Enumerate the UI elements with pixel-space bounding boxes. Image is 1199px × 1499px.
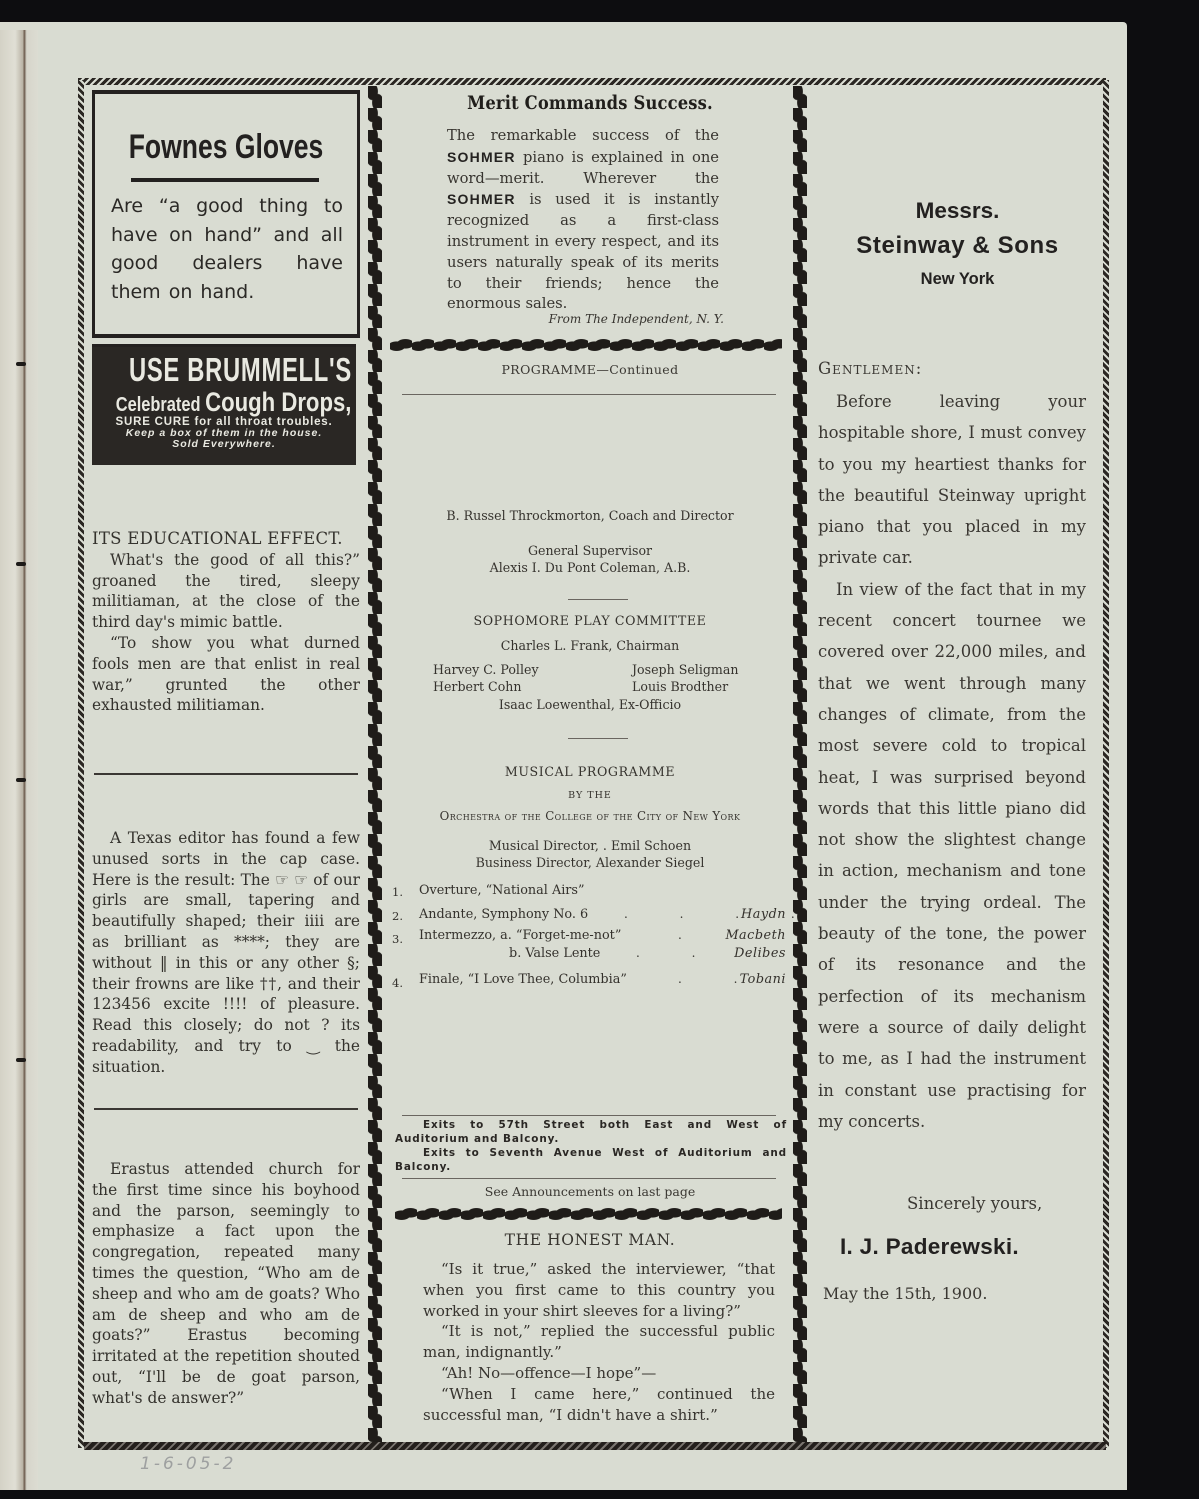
- exit-note: Exits to Seventh Avenue West of Auditori…: [395, 1146, 787, 1174]
- article-paragraph: “Is it true,” asked the interviewer, “th…: [423, 1259, 775, 1321]
- addressee-line-1: Messrs.: [815, 198, 1100, 224]
- item-title: Finale, “I Love Thee, Columbia”: [419, 972, 627, 987]
- programme-item: 4. Finale, “I Love Thee, Columbia” . . T…: [392, 972, 788, 990]
- article-paragraph: “It is not,” replied the successful publ…: [423, 1321, 775, 1363]
- by-the-label: BY THE: [390, 787, 790, 804]
- texas-editor-article: A Texas editor has found a few unused so…: [92, 828, 360, 1078]
- right-column-steinway-letter: Messrs. Steinway & Sons New York Gentlem…: [815, 88, 1100, 1444]
- frame-top-border: [78, 78, 1106, 85]
- item-title: Andante, Symphony No. 6: [419, 907, 588, 922]
- ad-body: Are “a good thing to have on hand” and a…: [111, 192, 343, 306]
- article-paragraph: A Texas editor has found a few unused so…: [92, 828, 360, 1078]
- addressee-line-3: New York: [815, 270, 1100, 289]
- staple-mark: [16, 362, 26, 366]
- wavy-section-divider: [395, 1208, 782, 1220]
- ad-text: is used it is instantly recognized as a …: [447, 191, 719, 312]
- announcements-note: See Announcements on last page: [390, 1184, 790, 1199]
- sohmer-brand: SOHMER: [447, 149, 516, 165]
- erastus-article: Erastus attended church for the first ti…: [92, 1159, 360, 1409]
- item-title: b. Valse Lente: [509, 946, 600, 961]
- wavy-column-separator-right: [793, 86, 807, 1442]
- staple-mark: [16, 778, 26, 782]
- ad-subheadline-small: Celebrated: [116, 394, 201, 416]
- ad-source-credit: From The Independent, N. Y.: [549, 312, 724, 326]
- programme-item: 3. Intermezzo, a. “Forget-me-not” . . Ma…: [392, 928, 788, 946]
- wavy-section-divider: [390, 339, 782, 351]
- middle-column: Merit Commands Success. The remarkable s…: [390, 88, 790, 1444]
- article-divider: [94, 1108, 358, 1110]
- item-number: 4.: [392, 976, 403, 990]
- frame-left-border: [78, 80, 84, 1448]
- item-number: 3.: [392, 932, 403, 946]
- article-divider: [94, 773, 358, 775]
- wavy-column-separator-left: [368, 86, 382, 1442]
- ad-text: The remarkable success of the: [447, 127, 719, 144]
- committee-member: Harvey C. Polley: [433, 661, 539, 679]
- committee-chairman: Charles L. Frank, Chairman: [390, 637, 790, 654]
- ad-subheadline-big: Cough Drops,: [205, 387, 351, 417]
- supervisor-name: Alexis I. Du Pont Coleman, A.B.: [390, 559, 790, 576]
- honest-man-article: “Is it true,” asked the interviewer, “th…: [423, 1259, 775, 1425]
- sohmer-ad-body: The remarkable success of the SOHMER pia…: [447, 126, 719, 315]
- item-composer: Macbeth: [725, 928, 786, 943]
- sohmer-ad-title: Merit Commands Success.: [418, 92, 762, 114]
- item-composer: Tobani: [740, 972, 786, 987]
- section-rule: [402, 394, 776, 395]
- article-paragraph: “Ah! No—offence—I hope”—: [423, 1363, 775, 1384]
- programme-item: 1. Overture, “National Airs”: [392, 883, 788, 901]
- honest-man-title: THE HONEST MAN.: [390, 1231, 790, 1249]
- programme-item: 2. Andante, Symphony No. 6 . . . . Haydn: [392, 907, 788, 925]
- business-director: Business Director, Alexander Siegel: [390, 854, 790, 871]
- staple-mark: [16, 1058, 26, 1062]
- letter-salutation: Gentlemen:: [818, 358, 1086, 380]
- pencil-annotation: 1-6-05-2: [140, 1454, 236, 1474]
- letter-signature: I. J. Paderewski.: [840, 1234, 1019, 1260]
- item-title: Overture, “National Airs”: [419, 883, 585, 898]
- article-paragraph: Erastus attended church for the first ti…: [92, 1159, 360, 1409]
- musical-director: Musical Director, . Emil Schoen: [390, 837, 790, 854]
- programme-continued-header: PROGRAMME—Continued: [390, 362, 790, 377]
- ad-title-underline: [131, 178, 319, 182]
- page-spine: [0, 30, 38, 1490]
- article-paragraph: “To show you what durned fools men are t…: [92, 633, 360, 716]
- exits-top-rule: [402, 1115, 776, 1116]
- brummells-cough-drops-ad: USE BRUMMELL'S Celebrated Cough Drops, S…: [92, 344, 356, 465]
- letter-body: Gentlemen: Before leaving your hospitabl…: [818, 358, 1086, 1137]
- item-composer: Haydn: [741, 907, 786, 922]
- supervisor-label: General Supervisor: [390, 542, 790, 559]
- item-composer: Delibes: [734, 946, 786, 961]
- exits-bottom-rule: [402, 1178, 776, 1179]
- staple-mark: [16, 562, 26, 566]
- committee-heading: SOPHOMORE PLAY COMMITTEE: [390, 612, 790, 629]
- fownes-gloves-ad: Fownes Gloves Are “a good thing to have …: [92, 90, 360, 338]
- short-divider: [568, 599, 628, 600]
- leader-dots: . . . .: [624, 907, 819, 921]
- letter-paragraph: In view of the fact that in my recent co…: [818, 574, 1086, 1137]
- programme-item: b. Valse Lente . . . Delibes: [392, 946, 788, 964]
- committee-member: Joseph Seligman: [632, 661, 738, 679]
- letter-paragraph: Before leaving your hospitable shore, I …: [818, 386, 1086, 574]
- exit-note: Exits to 57th Street both East and West …: [395, 1118, 787, 1146]
- addressee-line-2: Steinway & Sons: [815, 232, 1100, 260]
- orchestra-name: Orchestra of the College of the City of …: [390, 808, 790, 825]
- letter-closing: Sincerely yours,: [907, 1194, 1042, 1213]
- article-paragraph: What's the good of all this?” groaned th…: [92, 550, 360, 633]
- ad-headline: USE BRUMMELL'S: [129, 351, 319, 389]
- musical-programme-heading: MUSICAL PROGRAMME: [390, 763, 790, 780]
- exits-notice: Exits to 57th Street both East and West …: [395, 1118, 787, 1174]
- ad-title: Fownes Gloves: [124, 128, 328, 167]
- short-divider: [568, 738, 628, 739]
- coach-credit: B. Russel Throckmorton, Coach and Direct…: [390, 507, 790, 524]
- educational-effect-article: ITS EDUCATIONAL EFFECT. What's the good …: [92, 529, 360, 716]
- ad-tagline-2: Sold Everywhere.: [92, 439, 356, 450]
- article-heading: ITS EDUCATIONAL EFFECT.: [92, 529, 360, 550]
- sohmer-brand: SOHMER: [447, 191, 516, 207]
- item-number: 2.: [392, 909, 403, 923]
- committee-member: Louis Brodther: [632, 678, 728, 696]
- committee-member: Herbert Cohn: [433, 678, 522, 696]
- letter-date: May the 15th, 1900.: [823, 1284, 987, 1303]
- committee-ex-officio: Isaac Loewenthal, Ex-Officio: [390, 696, 790, 713]
- ad-subheadline: Celebrated Cough Drops,: [116, 387, 332, 418]
- item-title: Intermezzo, a. “Forget-me-not”: [419, 928, 621, 943]
- frame-right-border: [1103, 80, 1109, 1448]
- article-paragraph: “When I came here,” continued the succes…: [423, 1384, 775, 1426]
- item-number: 1.: [392, 885, 403, 899]
